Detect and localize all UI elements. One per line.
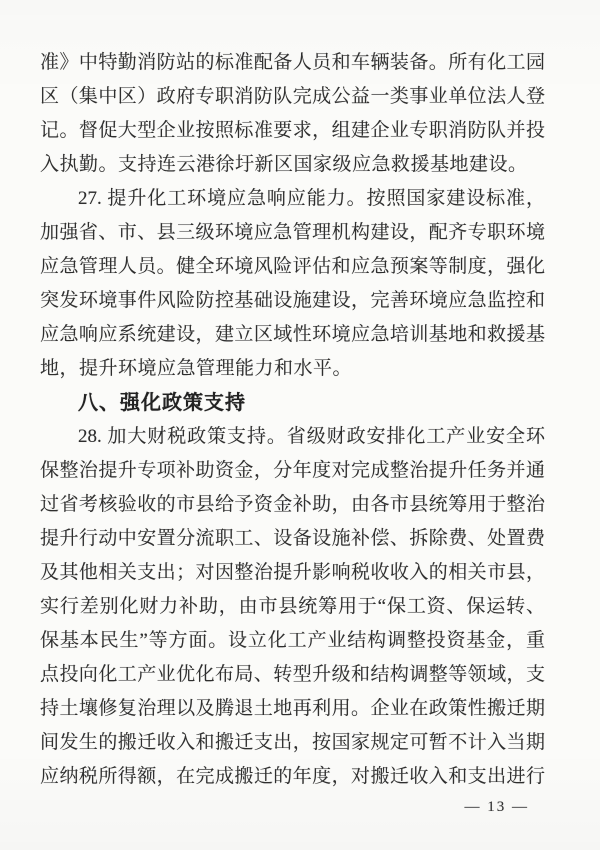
- document-line: 及其他相关支出；对因整治提升影响税收收入的相关市县，: [40, 556, 545, 590]
- document-page: 准》中特勤消防站的标准配备人员和车辆装备。所有化工园 区（集中区）政府专职消防队…: [0, 0, 600, 850]
- document-line: 区（集中区）政府专职消防队完成公益一类事业单位法人登: [40, 80, 545, 114]
- document-line: 提升行动中安置分流职工、设备设施补偿、拆除费、处置费: [40, 522, 545, 556]
- document-line: 应急响应系统建设，建立区域性环境应急培训基地和救援基: [40, 318, 545, 352]
- page-number: — 13 —: [465, 799, 530, 816]
- section-heading: 八、强化政策支持: [40, 386, 545, 420]
- document-line: 准》中特勤消防站的标准配备人员和车辆装备。所有化工园: [40, 46, 545, 80]
- document-line: 保基本民生”等方面。设立化工产业结构调整投资基金，重: [40, 624, 545, 658]
- document-line: 记。督促大型企业按照标准要求，组建企业专职消防队并投: [40, 114, 545, 148]
- document-line: 27. 提升化工环境应急响应能力。按照国家建设标准，: [40, 182, 545, 216]
- document-line: 加强省、市、县三级环境应急管理机构建设，配齐专职环境: [40, 216, 545, 250]
- document-line: 持土壤修复治理以及腾退土地再利用。企业在政策性搬迁期: [40, 692, 545, 726]
- document-line: 应急管理人员。健全环境风险评估和应急预案等制度，强化: [40, 250, 545, 284]
- document-line: 保整治提升专项补助资金，分年度对完成整治提升任务并通: [40, 454, 545, 488]
- document-line: 突发环境事件风险防控基础设施建设，完善环境应急监控和: [40, 284, 545, 318]
- document-line: 入执勤。支持连云港徐圩新区国家级应急救援基地建设。: [40, 148, 545, 182]
- document-line: 地，提升环境应急管理能力和水平。: [40, 352, 545, 386]
- document-line: 28. 加大财税政策支持。省级财政安排化工产业安全环: [40, 420, 545, 454]
- document-line: 间发生的搬迁收入和搬迁支出，按国家规定可暂不计入当期: [40, 726, 545, 760]
- document-line: 实行差别化财力补助，由市县统筹用于“保工资、保运转、: [40, 590, 545, 624]
- document-line: 点投向化工产业优化布局、转型升级和结构调整等领域，支: [40, 658, 545, 692]
- document-line: 过省考核验收的市县给予资金补助，由各市县统筹用于整治: [40, 488, 545, 522]
- document-text-block: 准》中特勤消防站的标准配备人员和车辆装备。所有化工园 区（集中区）政府专职消防队…: [40, 46, 545, 794]
- document-line: 应纳税所得额，在完成搬迁的年度，对搬迁收入和支出进行: [40, 760, 545, 794]
